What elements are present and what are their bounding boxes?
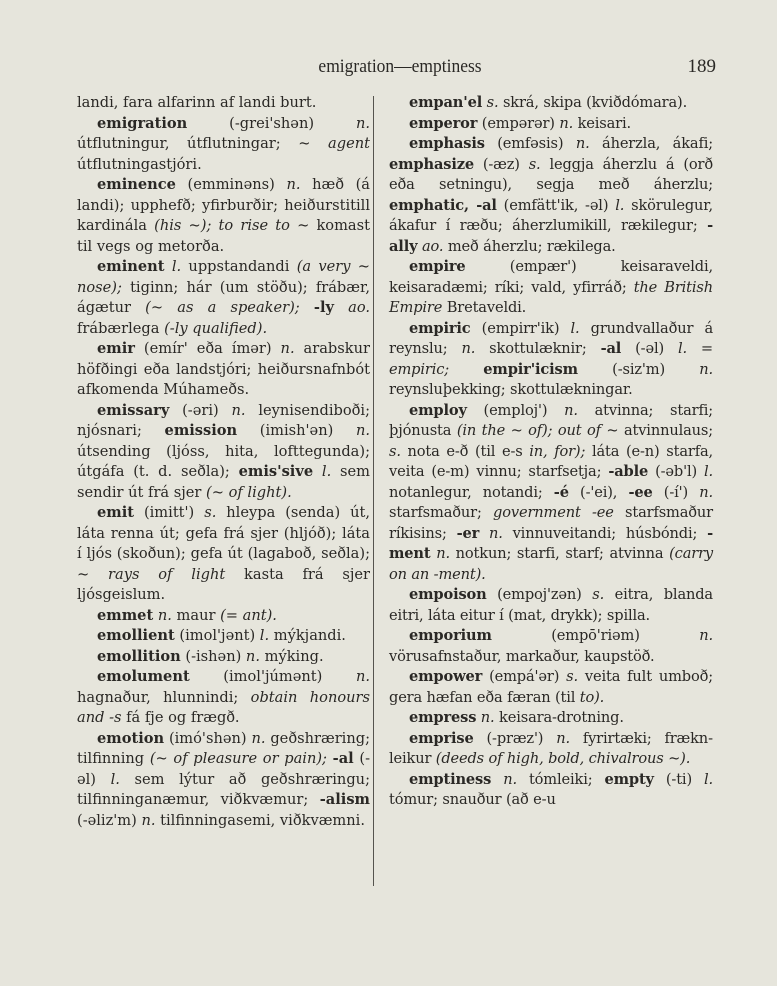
headword: emporium	[409, 627, 492, 644]
dictionary-entry: emprise (-præz') n. fyrirtæki; frækn­lei…	[389, 729, 713, 770]
italic-text: (deeds of high, bold, chivalrous ~).	[436, 750, 690, 767]
italic-text: (~ as a speaker);	[145, 299, 300, 316]
italic-text: l.	[704, 463, 713, 480]
italic-text: n.	[356, 668, 370, 685]
dictionary-entry: empower (empá'ər) s. veita fult umboð; g…	[389, 667, 713, 708]
definition-text	[165, 258, 172, 275]
definition-text: skrá, skipa (kviðdómara).	[498, 94, 687, 111]
definition-text	[479, 525, 489, 542]
italic-text: n.	[251, 730, 265, 747]
italic-text: n.	[356, 422, 370, 439]
headword: -er	[457, 525, 480, 542]
headword: empoison	[409, 586, 487, 603]
italic-text: n.	[489, 525, 503, 542]
definition-text: (empirr'ik)	[471, 320, 571, 337]
column-left: landi, fara alfarinn af landi burt.emigr…	[77, 93, 370, 831]
headword: emperor	[409, 115, 477, 132]
dictionary-entry: emmet n. maur (= ant).	[77, 606, 370, 627]
definition-text: (imish'ən)	[237, 422, 356, 439]
definition-text: tómur; snauður (að e-u	[389, 791, 556, 808]
dictionary-entry: empan'el s. skrá, skipa (kviðdómara).	[389, 93, 713, 114]
headword: emigration	[97, 115, 187, 132]
headword: -é	[554, 484, 569, 501]
italic-text: n.	[556, 730, 570, 747]
italic-text: (~ of light).	[206, 484, 292, 501]
dictionary-entry: emporium (empō'riəm) n. vörusafnstaður, …	[389, 626, 713, 667]
definition-text: notkun; starfi, starf; atvinna	[450, 545, 669, 562]
definition-text	[491, 771, 503, 788]
headword: emollition	[97, 648, 181, 665]
headword: emphasis	[409, 135, 485, 152]
definition-text: frábærlega	[77, 320, 164, 337]
definition-text: (-í')	[653, 484, 700, 501]
dictionary-entry: emptiness n. tómleiki; empty (-ti) l. tó…	[389, 770, 713, 811]
definition-text: atvinnulaus;	[618, 422, 713, 439]
definition-text: (-æz)	[474, 156, 529, 173]
headword: emotion	[97, 730, 164, 747]
italic-text: n.	[559, 115, 573, 132]
definition-text: vörusafnstaður, markaður, kaupstöð.	[389, 648, 655, 665]
headword: empire	[409, 258, 466, 275]
dictionary-entry: emphasis (emfəsis) n. áherzla, ákafi; em…	[389, 134, 713, 257]
definition-text: útflutningastjóri.	[77, 156, 202, 173]
italic-text: ao.	[422, 238, 443, 255]
definition-text: (imol'jənt)	[175, 627, 260, 644]
dictionary-entry: emollition (-ishən) n. mýking.	[77, 647, 370, 668]
dictionary-entry: employ (emploj') n. atvinna; starfi; þjó…	[389, 401, 713, 586]
definition-text: maur	[172, 607, 220, 624]
definition-text	[313, 463, 322, 480]
italic-text: n.	[564, 402, 578, 419]
headword: empan'el	[409, 94, 482, 111]
definition-text: tilfinningasemi, viðkvæmni.	[156, 812, 365, 829]
dictionary-entry: emperor (empərər) n. keisari.	[389, 114, 713, 135]
definition-text: (imol'júmənt)	[190, 668, 356, 685]
headword: -ly	[314, 299, 334, 316]
headword: empower	[409, 668, 482, 685]
headword: emit	[97, 504, 134, 521]
italic-text: (in the ~ of); out of ~	[457, 422, 619, 439]
definition-text: (emploj')	[467, 402, 564, 419]
definition-text: hagnaður, hlunnindi;	[77, 689, 251, 706]
italic-text: n.	[699, 627, 713, 644]
dictionary-entry: emolument (imol'júmənt) n. hagnaður, hlu…	[77, 667, 370, 729]
definition-text	[300, 299, 314, 316]
definition-text: (emfätt'ik, -əl)	[497, 197, 615, 214]
definition-text: áherzla, ákafi;	[590, 135, 713, 152]
definition-text	[449, 361, 483, 378]
italic-text: n.	[699, 361, 713, 378]
definition-text: með áherzlu; rækilega.	[443, 238, 615, 255]
italic-text: n.	[461, 340, 475, 357]
headword: -al	[601, 340, 622, 357]
definition-text: (emminəns)	[176, 176, 287, 193]
dictionary-entry: emigration (-grei'shən) n. útflutningur,…	[77, 114, 370, 176]
definition-text: notanlegur, notandi;	[389, 484, 554, 501]
dictionary-entry: emissary (-əri) n. leynisendiboði; njósn…	[77, 401, 370, 504]
definition-text: (empərər)	[477, 115, 559, 132]
headword: emphasize	[389, 156, 474, 173]
italic-text: l.	[172, 258, 181, 275]
headword: -able	[608, 463, 648, 480]
headword: eminence	[97, 176, 176, 193]
column-right: empan'el s. skrá, skipa (kviðdómara).emp…	[389, 93, 713, 811]
italic-text: (-ly qualified).	[164, 320, 267, 337]
italic-text: (~ of pleasure or pain);	[150, 750, 327, 767]
italic-text: l.	[704, 771, 713, 788]
headword: emphatic, -al	[389, 197, 497, 214]
italic-text: s.	[529, 156, 541, 173]
dictionary-entry: emollient (imol'jənt) l. mýkjandi.	[77, 626, 370, 647]
definition-text: (emír' eða ímər)	[135, 340, 281, 357]
definition-text: (-əri)	[169, 402, 231, 419]
definition-text: Bretaveldi.	[442, 299, 526, 316]
dictionary-entry: empoison (empoj'zən) s. eitra, blanda ei…	[389, 585, 713, 626]
italic-text: n.	[699, 484, 713, 501]
headword: emis'sive	[239, 463, 313, 480]
definition-text: mýking.	[260, 648, 324, 665]
italic-text: n.	[158, 607, 172, 624]
italic-text: s.	[204, 504, 216, 521]
headword: empress	[409, 709, 476, 726]
italic-text: l.	[111, 771, 120, 788]
italic-text: l.	[322, 463, 331, 480]
headword: -al	[333, 750, 354, 767]
definition-text: (-ti)	[654, 771, 704, 788]
definition-text: (emfəsis)	[485, 135, 576, 152]
italic-text: n.	[246, 648, 260, 665]
italic-text: n.	[141, 812, 155, 829]
italic-text: (his ~); to rise to ~	[154, 217, 309, 234]
dictionary-entry: empiric (empirr'ik) l. grundvallaður á r…	[389, 319, 713, 401]
headword: emprise	[409, 730, 474, 747]
headword: -ee	[628, 484, 652, 501]
definition-text: nota e-ð (til e-s	[401, 443, 529, 460]
definition-text: fá fje og frægð.	[122, 709, 240, 726]
italic-text: n.	[232, 402, 246, 419]
definition-text: tómleiki;	[517, 771, 605, 788]
definition-text: skottulæknir;	[475, 340, 600, 357]
definition-text: (empoj'zən)	[487, 586, 593, 603]
headword: emollient	[97, 627, 175, 644]
definition-text: vinnuveitandi; húsbóndi;	[503, 525, 707, 542]
italic-text: n.	[286, 176, 300, 193]
italic-text: s.	[389, 443, 401, 460]
dictionary-entry: empress n. keisara-drotning.	[389, 708, 713, 729]
entry-continuation: landi, fara alfarinn af landi burt.	[77, 93, 370, 114]
definition-text: (-əliz'm)	[77, 812, 141, 829]
definition-text: (imitt')	[134, 504, 204, 521]
italic-text: to).	[580, 689, 604, 706]
page-header: emigration—emptiness 189	[0, 56, 777, 86]
dictionary-entry: eminence (emminəns) n. hæð (á landi); up…	[77, 175, 370, 257]
headword: emission	[165, 422, 238, 439]
italic-text: l.	[260, 627, 269, 644]
headword: emir	[97, 340, 135, 357]
definition-text: (-əb'l)	[648, 463, 704, 480]
definition-text: (empá'ər)	[482, 668, 566, 685]
definition-text: starfsmaður;	[389, 504, 493, 521]
italic-text: (= ant).	[220, 607, 277, 624]
italic-text: l.	[571, 320, 580, 337]
definition-text: reynsluþekking; skottulækningar.	[389, 381, 633, 398]
definition-text: mýkjandi.	[269, 627, 346, 644]
dictionary-entry: emir (emír' eða ímər) n. arabskur höfðin…	[77, 339, 370, 401]
column-divider	[373, 96, 374, 886]
headword: emmet	[97, 607, 153, 624]
definition-text: (-'ei),	[569, 484, 629, 501]
headword: empir'icism	[483, 361, 578, 378]
italic-text: ao.	[348, 299, 370, 316]
italic-text: n.	[281, 340, 295, 357]
italic-text: s.	[592, 586, 604, 603]
definition-text: (-əl)	[621, 340, 678, 357]
italic-text: n.	[576, 135, 590, 152]
headword: emptiness	[409, 771, 491, 788]
definition-text: uppstandandi	[181, 258, 297, 275]
definition-text: (-grei'shən)	[187, 115, 356, 132]
definition-text: (-ishən)	[181, 648, 246, 665]
headword: emissary	[97, 402, 169, 419]
definition-text: (empō'riəm)	[492, 627, 700, 644]
definition-text: (imó'shən)	[164, 730, 251, 747]
dictionary-entry: emotion (imó'shən) n. geðshræring; tilfi…	[77, 729, 370, 832]
dictionary-entry: empire (empær') keisaraveldi, keisaradæm…	[389, 257, 713, 319]
italic-text: ~ agent	[298, 135, 370, 152]
headword: empty	[604, 771, 653, 788]
headword: empiric	[409, 320, 471, 337]
headword: -alism	[320, 791, 370, 808]
italic-text: in, for);	[529, 443, 585, 460]
italic-text: n.	[481, 709, 495, 726]
dictionary-entry: emit (imitt') s. hleypa (senda) út, láta…	[77, 503, 370, 606]
dictionary-entry: eminent l. uppstandandi (a very ~ nose);…	[77, 257, 370, 339]
italic-text: government -ee	[493, 504, 614, 521]
italic-text: n.	[503, 771, 517, 788]
definition-text	[334, 299, 348, 316]
headword: employ	[409, 402, 467, 419]
definition-text: landi, fara alfarinn af landi burt.	[77, 94, 316, 111]
italic-text: ~ rays of light	[77, 566, 225, 583]
italic-text: n.	[356, 115, 370, 132]
italic-text: n.	[436, 545, 450, 562]
definition-text: keisari.	[573, 115, 631, 132]
italic-text: l.	[615, 197, 624, 214]
definition-text: keisara-drotning.	[495, 709, 624, 726]
page-number: 189	[676, 56, 716, 78]
italic-text: s.	[487, 94, 499, 111]
headword: emolument	[97, 668, 190, 685]
definition-text: útflutningur, útflutningar;	[77, 135, 298, 152]
definition-text: (-præz')	[474, 730, 557, 747]
headword: eminent	[97, 258, 165, 275]
definition-text: (-siz'm)	[578, 361, 699, 378]
italic-text: s.	[566, 668, 578, 685]
running-head: emigration—emptiness	[280, 56, 519, 78]
